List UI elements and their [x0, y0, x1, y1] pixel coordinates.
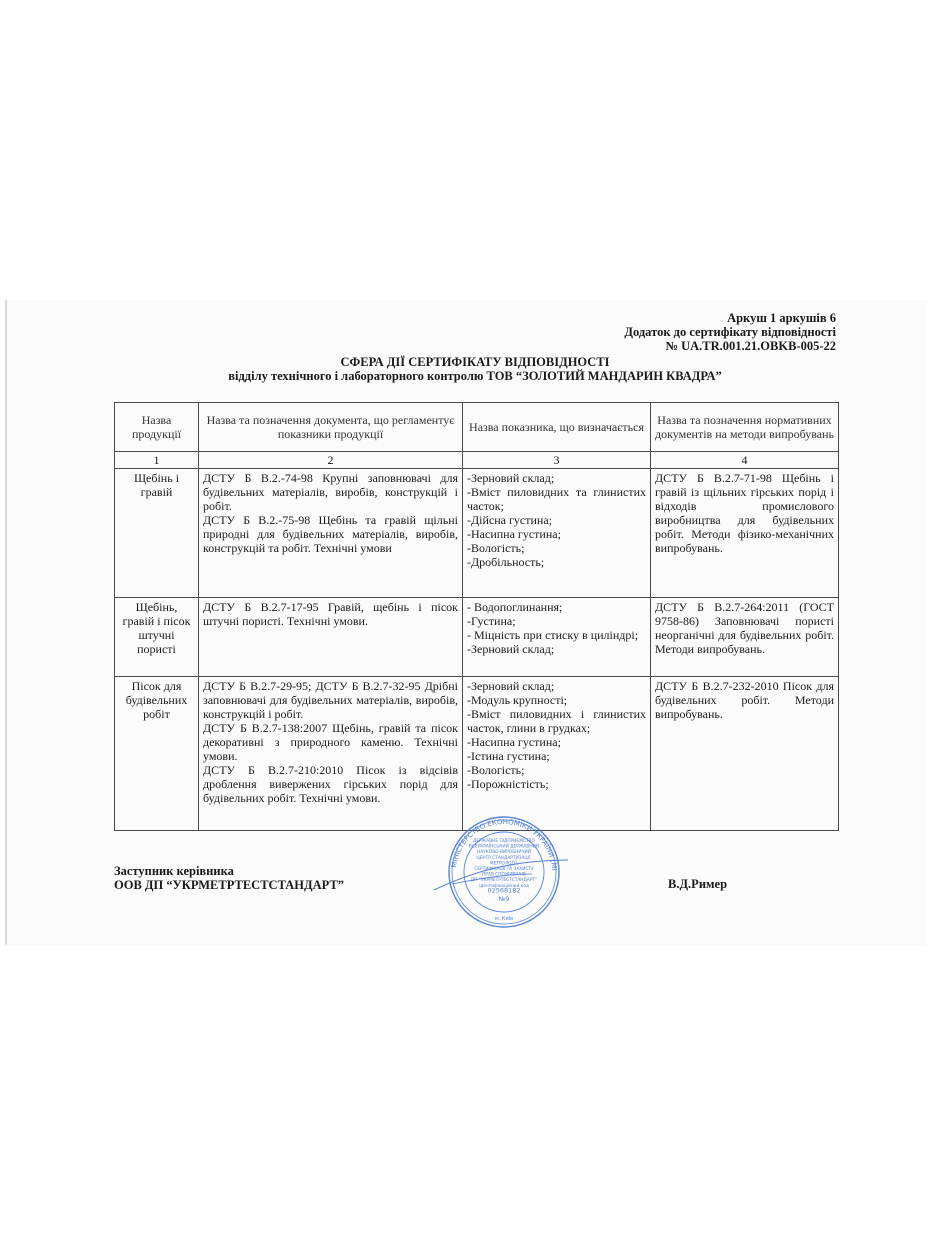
stamp-line: СЕРТИФІКАЦІЇ ТА ЗАХИСТУ	[474, 865, 534, 872]
col-header-methods: Назва та позначення нормативних документ…	[651, 403, 839, 452]
indicator-item: -Дійсна густина;	[467, 513, 646, 527]
col-number: 1	[115, 452, 199, 469]
header-row: Назва продукції Назва та позначення доку…	[115, 403, 839, 452]
scope-table: Назва продукції Назва та позначення доку…	[114, 402, 839, 831]
product-documents: ДСТУ Б В.2.7-17-95 Гравій, щебінь і пісо…	[199, 598, 463, 677]
product-documents: ДСТУ Б В.2.7-29-95; ДСТУ Б В.2.7-32-95 Д…	[199, 677, 463, 831]
stamp-line: ДЕРЖАВНЕ ПІДПРИЄМСТВО	[473, 838, 536, 844]
stamp-line: ПРАВ СПОЖИВАЧІВ	[482, 872, 526, 878]
indicator-item: -Порожністість;	[467, 777, 646, 791]
indicator-item: -Вологість;	[467, 763, 646, 777]
document-entry: ДСТУ Б В.2.7-210:2010 Пісок із відсівів …	[203, 763, 458, 805]
document-entry: ДСТУ Б В.2.7-29-95; ДСТУ Б В.2.7-32-95 Д…	[203, 679, 458, 721]
stamp-line: НАУКОВО-ВИРОБНИЧИЙ	[477, 848, 531, 855]
col-number: 3	[463, 452, 651, 469]
title-sub: відділу технічного і лабораторного контр…	[110, 369, 840, 383]
col-header-document: Назва та позначення документа, що реглам…	[199, 403, 463, 452]
stamp-line: ЦЕНТР СТАНДАРТИЗАЦІЇ,	[476, 854, 531, 861]
official-stamp-icon: МІНІСТЕРСТВО ЕКОНОМІКИ УКРАЇНИ (МІНЕКОНО…	[432, 812, 572, 932]
signatory-block: Заступник керівника ООВ ДП “УКРМЕТРТЕСТС…	[114, 864, 344, 892]
document-entry: ДСТУ Б В.2.7-17-95 Гравій, щебінь і пісо…	[203, 600, 458, 628]
document-entry: ДСТУ Б В.2.-75-98 Щебінь та гравій щільн…	[203, 513, 458, 555]
indicator-item: -Зерновий склад;	[467, 642, 646, 656]
test-methods: ДСТУ Б В.2.7-71-98 Щебінь і гравій із щі…	[651, 469, 839, 598]
indicator-item: -Вміст пиловидних та глинистих часток;	[467, 485, 646, 513]
title-main: СФЕРА ДІЇ СЕРТИФІКАТУ ВІДПОВІДНОСТІ	[110, 355, 840, 369]
indicator-item: -Дробільность;	[467, 555, 646, 569]
stamp-city: м. Київ	[495, 916, 513, 922]
test-methods: ДСТУ Б В.2.7-232-2010 Пісок для будівель…	[651, 677, 839, 831]
test-methods: ДСТУ Б В.2.7-264:2011 (ГОСТ 9758-86) Зап…	[651, 598, 839, 677]
indicator-item: -Зерновий склад;	[467, 471, 646, 485]
document-header: Аркуш 1 аркушів 6 Додаток до сертифікату…	[624, 311, 836, 353]
table-row: Щебінь, гравій і пісок штучні пористі ДС…	[115, 598, 839, 677]
indicator-item: - Водопоглинання;	[467, 600, 646, 614]
stamp-line: №9	[498, 895, 510, 903]
indicator-item: - Міцність при стиску в циліндрі;	[467, 628, 646, 642]
product-documents: ДСТУ Б В.2.-74-98 Крупні заповнювачі для…	[199, 469, 463, 598]
product-name: Щебінь і гравій	[115, 469, 199, 598]
indicator-item: -Модуль крупності;	[467, 693, 646, 707]
col-header-indicator: Назва показника, що визначається	[463, 403, 651, 452]
document-entry: ДСТУ Б В.2.7-138:2007 Щебінь, гравій та …	[203, 721, 458, 763]
table-row: Пісок для будівельних робіт ДСТУ Б В.2.7…	[115, 677, 839, 831]
table-row: Щебінь і гравій ДСТУ Б В.2.-74-98 Крупні…	[115, 469, 839, 598]
signatory-name: В.Д.Ример	[668, 877, 727, 892]
indicator-item: -Насипна густина;	[467, 735, 646, 749]
indicator-item: -Вміст пиловидних і глинистих часток, гл…	[467, 707, 646, 735]
indicators: - Водопоглинання; -Густина; - Міцність п…	[463, 598, 651, 677]
indicators: -Зерновий склад; -Вміст пиловидних та гл…	[463, 469, 651, 598]
indicator-item: -Насипна густина;	[467, 527, 646, 541]
stamp-line: МЕТРОЛОГІЇ,	[490, 859, 518, 866]
col-header-product: Назва продукції	[115, 403, 199, 452]
stamp-line: ДП “УКРМЕТРТЕСТСТАНДАРТ”	[471, 877, 538, 883]
product-name: Щебінь, гравій і пісок штучні пористі	[115, 598, 199, 677]
column-number-row: 1 2 3 4	[115, 452, 839, 469]
indicator-item: -Істина густина;	[467, 749, 646, 763]
indicator-item: -Зерновий склад;	[467, 679, 646, 693]
col-number: 4	[651, 452, 839, 469]
document-entry: ДСТУ Б В.2.-74-98 Крупні заповнювачі для…	[203, 471, 458, 513]
col-number: 2	[199, 452, 463, 469]
indicator-item: -Густина;	[467, 614, 646, 628]
appendix-label: Додаток до сертифікату відповідності	[624, 325, 836, 339]
signatory-position: Заступник керівника	[114, 864, 344, 878]
certificate-number: № UA.TR.001.21.OBKB-005-22	[624, 339, 836, 353]
indicator-item: -Вологість;	[467, 541, 646, 555]
signatory-organization: ООВ ДП “УКРМЕТРТЕСТСТАНДАРТ”	[114, 878, 344, 892]
stamp-line: ВСЕУКРАЇНСЬКИЙ ДЕРЖАВНИЙ	[469, 843, 539, 850]
product-name: Пісок для будівельних робіт	[115, 677, 199, 831]
document-title: СФЕРА ДІЇ СЕРТИФІКАТУ ВІДПОВІДНОСТІ відд…	[110, 355, 840, 383]
indicators: -Зерновий склад; -Модуль крупності; -Вмі…	[463, 677, 651, 831]
stamp-line: 02568182	[487, 886, 520, 894]
sheet-count: Аркуш 1 аркушів 6	[624, 311, 836, 325]
